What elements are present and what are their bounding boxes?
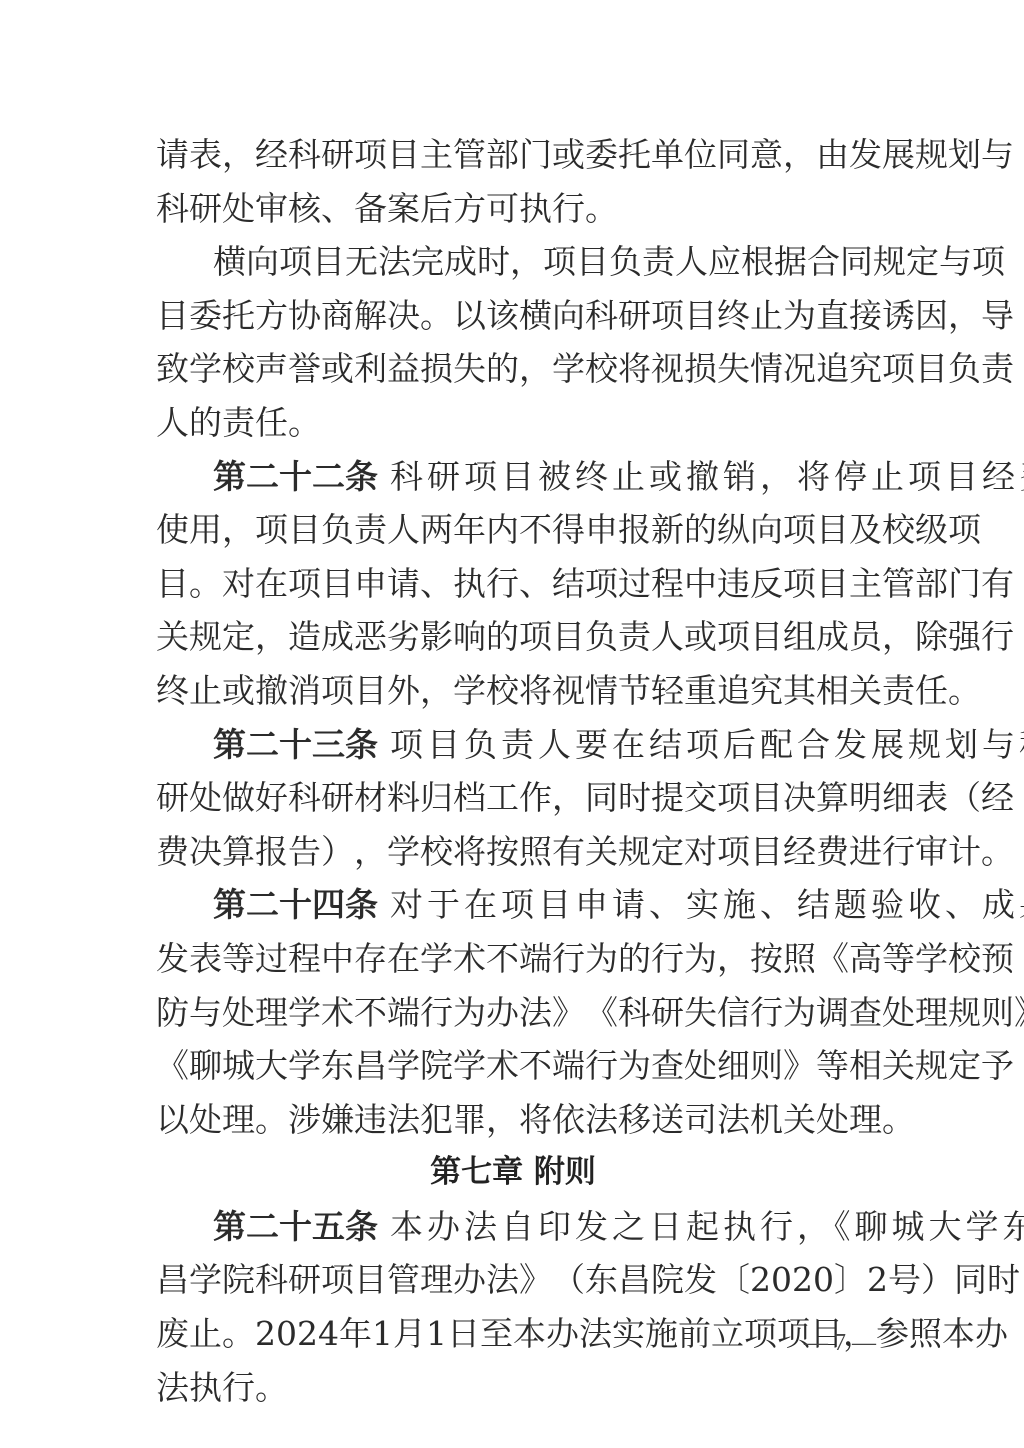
text-line: 第二十三条 项目负责人要在结项后配合发展规划与科 <box>156 718 870 772</box>
article-text: 本办法自印发之日起执行，《聊城大学东 <box>390 1200 1024 1254</box>
article-text: 对于在项目申请、实施、结题验收、成果 <box>390 878 1024 932</box>
text-line: 费决算报告），学校将按照有关规定对项目经费进行审计。 <box>156 825 870 879</box>
paragraph-continuation: 请表，经科研项目主管部门或委托单位同意，由发展规划与 科研处审核、备案后方可执行… <box>156 128 870 235</box>
text-line: 第二十五条 本办法自印发之日起执行，《聊城大学东 <box>156 1200 870 1254</box>
text-line: 关规定，造成恶劣影响的项目负责人或项目组成员，除强行 <box>156 610 870 664</box>
text-line: 废止。2024 年 1 月 1 日至本办法实施前立项项目，参照本办 <box>156 1307 870 1361</box>
article-number: 第二十二条 <box>213 450 378 504</box>
page-number: — 7 — <box>800 1330 880 1357</box>
text-line: 请表，经科研项目主管部门或委托单位同意，由发展规划与 <box>156 128 870 182</box>
text-line: 以处理。涉嫌违法犯罪，将依法移送司法机关处理。 <box>156 1093 870 1147</box>
chapter-heading: 第七章 附则 <box>156 1146 870 1200</box>
text-line: 第二十四条 对于在项目申请、实施、结题验收、成果 <box>156 878 870 932</box>
text-line: 致学校声誉或利益损失的，学校将视损失情况追究项目负责 <box>156 342 870 396</box>
text-line: 人的责任。 <box>156 396 870 450</box>
text-line: 目。对在项目申请、执行、结项过程中违反项目主管部门有 <box>156 557 870 611</box>
article-25: 第二十五条 本办法自印发之日起执行，《聊城大学东 昌学院科研项目管理办法》（东昌… <box>156 1200 870 1414</box>
text-line: 研处做好科研材料归档工作，同时提交项目决算明细表（经 <box>156 771 870 825</box>
text-line: 终止或撤消项目外，学校将视情节轻重追究其相关责任。 <box>156 664 870 718</box>
article-22: 第二十二条 科研项目被终止或撤销，将停止项目经费 使用，项目负责人两年内不得申报… <box>156 450 870 718</box>
article-number: 第二十五条 <box>213 1200 378 1254</box>
text-line: 昌学院科研项目管理办法》（东昌院发〔2020〕2 号）同时 <box>156 1253 870 1307</box>
text-line: 发表等过程中存在学术不端行为的行为，按照《高等学校预 <box>156 932 870 986</box>
text-line: 第二十二条 科研项目被终止或撤销，将停止项目经费 <box>156 450 870 504</box>
text-line: 横向项目无法完成时，项目负责人应根据合同规定与项 <box>156 235 870 289</box>
text-line: 目委托方协商解决。以该横向科研项目终止为直接诱因，导 <box>156 289 870 343</box>
article-number: 第二十三条 <box>213 718 378 772</box>
article-text: 科研项目被终止或撤销，将停止项目经费 <box>390 450 1024 504</box>
article-24: 第二十四条 对于在项目申请、实施、结题验收、成果 发表等过程中存在学术不端行为的… <box>156 878 870 1146</box>
article-text: 项目负责人要在结项后配合发展规划与科 <box>390 718 1024 772</box>
text-line: 防与处理学术不端行为办法》《科研失信行为调查处理规则》 <box>156 986 870 1040</box>
document-page: 请表，经科研项目主管部门或委托单位同意，由发展规划与 科研处审核、备案后方可执行… <box>156 128 870 1414</box>
text-line: 使用，项目负责人两年内不得申报新的纵向项目及校级项 <box>156 503 870 557</box>
article-number: 第二十四条 <box>213 878 378 932</box>
text-line: 法执行。 <box>156 1361 870 1415</box>
article-23: 第二十三条 项目负责人要在结项后配合发展规划与科 研处做好科研材料归档工作，同时… <box>156 718 870 879</box>
text-line: 《聊城大学东昌学院学术不端行为查处细则》等相关规定予 <box>156 1039 870 1093</box>
text-line: 科研处审核、备案后方可执行。 <box>156 182 870 236</box>
paragraph-horizontal-projects: 横向项目无法完成时，项目负责人应根据合同规定与项 目委托方协商解决。以该横向科研… <box>156 235 870 449</box>
